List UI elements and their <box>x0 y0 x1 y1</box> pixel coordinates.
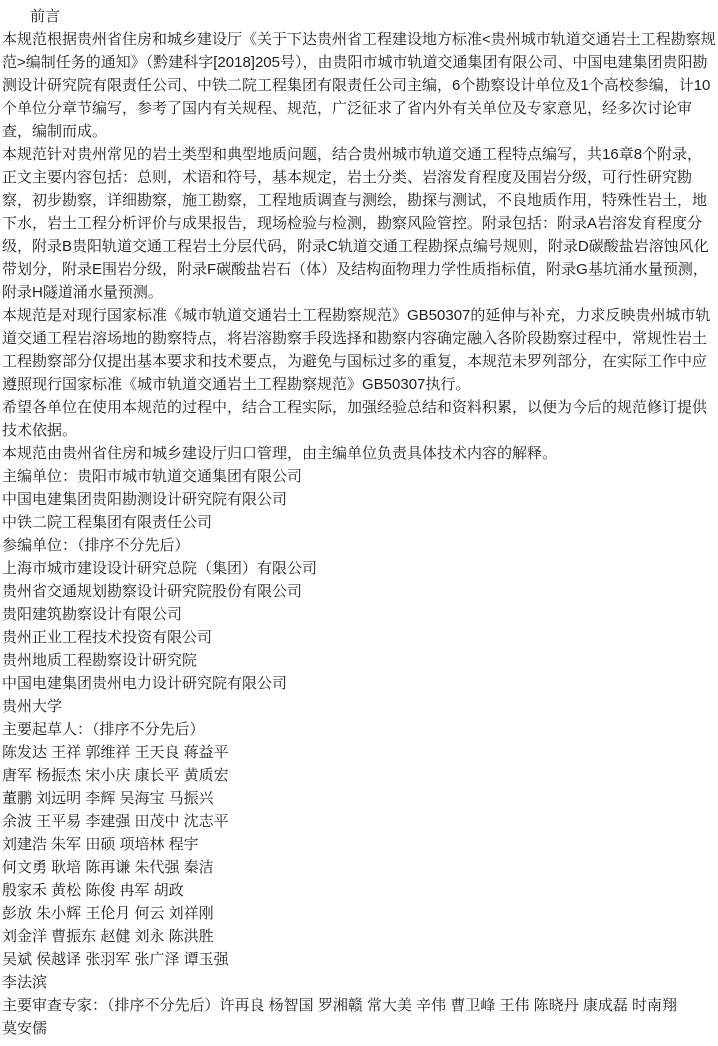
paragraph: 本规范是对现行国家标准《城市轨道交通岩土工程勘察规范》GB50307的延伸与补充… <box>2 304 717 396</box>
drafter-line: 唐军 杨振杰 宋小庆 康长平 黄质宏 <box>2 764 717 787</box>
chief-editor-section: 主编单位：贵阳市城市轨道交通集团有限公司中国电建集团贵阳勘测设计研究院有限公司中… <box>2 465 717 534</box>
drafter-line: 李法滨 <box>2 971 717 994</box>
drafter-line: 何文勇 耿培 陈再谦 朱代强 秦洁 <box>2 856 717 879</box>
drafter-line: 刘建浩 朱军 田硕 项培林 程宇 <box>2 833 717 856</box>
drafter-line: 殷家禾 黄松 陈俊 冉军 胡政 <box>2 879 717 902</box>
preamble-paragraphs: 本规范根据贵州省住房和城乡建设厅《关于下达贵州省工程建设地方标准<贵州城市轨道交… <box>2 28 717 465</box>
chief-editor-line: 中国电建集团贵阳勘测设计研究院有限公司 <box>2 488 717 511</box>
drafter-line: 余波 王平易 李建强 田茂中 沈志平 <box>2 810 717 833</box>
reviewers-section: 主要审查专家：（排序不分先后）许再良 杨智国 罗湘赣 常大美 辛伟 曹卫峰 王伟… <box>2 994 717 1040</box>
page: { "document": { "title": "前言", "paragrap… <box>0 0 718 1046</box>
paragraph: 本规范由贵州省住房和城乡建设厅归口管理，由主编单位负责具体技术内容的解释。 <box>2 442 717 465</box>
participating-unit-line: 贵州正业工程技术投资有限公司 <box>2 626 717 649</box>
drafters-section: 主要起草人：（排序不分先后）陈发达 王祥 郭维祥 王天良 蒋益平唐军 杨振杰 宋… <box>2 718 717 994</box>
drafter-line: 彭放 朱小辉 王伦月 何云 刘祥刚 <box>2 902 717 925</box>
reviewer-line: 莫安儒 <box>2 1017 717 1040</box>
paragraph: 希望各单位在使用本规范的过程中，结合工程实际，加强经验总结和资料积累，以便为今后… <box>2 396 717 442</box>
participating-unit-line: 贵阳建筑勘察设计有限公司 <box>2 603 717 626</box>
document: 前言 本规范根据贵州省住房和城乡建设厅《关于下达贵州省工程建设地方标准<贵州城市… <box>0 0 718 1046</box>
paragraph: 本规范根据贵州省住房和城乡建设厅《关于下达贵州省工程建设地方标准<贵州城市轨道交… <box>2 28 717 143</box>
drafter-line: 刘金洋 曹振东 赵健 刘永 陈洪胜 <box>2 925 717 948</box>
participating-unit-line: 参编单位：（排序不分先后） <box>2 534 717 557</box>
chief-editor-line: 主编单位：贵阳市城市轨道交通集团有限公司 <box>2 465 717 488</box>
paragraph: 本规范针对贵州常见的岩土类型和典型地质问题，结合贵州城市轨道交通工程特点编写，共… <box>2 143 717 304</box>
participating-unit-line: 贵州省交通规划勘察设计研究院股份有限公司 <box>2 580 717 603</box>
page-title: 前言 <box>2 5 717 28</box>
reviewer-line: 主要审查专家：（排序不分先后）许再良 杨智国 罗湘赣 常大美 辛伟 曹卫峰 王伟… <box>2 994 717 1017</box>
chief-editor-line: 中铁二院工程集团有限责任公司 <box>2 511 717 534</box>
participating-unit-line: 贵州大学 <box>2 695 717 718</box>
drafter-line: 吴斌 侯越译 张羽军 张广泽 谭玉强 <box>2 948 717 971</box>
participating-unit-line: 中国电建集团贵州电力设计研究院有限公司 <box>2 672 717 695</box>
participating-unit-line: 贵州地质工程勘察设计研究院 <box>2 649 717 672</box>
drafter-line: 主要起草人：（排序不分先后） <box>2 718 717 741</box>
drafter-line: 董鹏 刘远明 李辉 吴海宝 马振兴 <box>2 787 717 810</box>
drafter-line: 陈发达 王祥 郭维祥 王天良 蒋益平 <box>2 741 717 764</box>
participating-unit-line: 上海市城市建设设计研究总院（集团）有限公司 <box>2 557 717 580</box>
participating-units-section: 参编单位：（排序不分先后）上海市城市建设设计研究总院（集团）有限公司贵州省交通规… <box>2 534 717 718</box>
